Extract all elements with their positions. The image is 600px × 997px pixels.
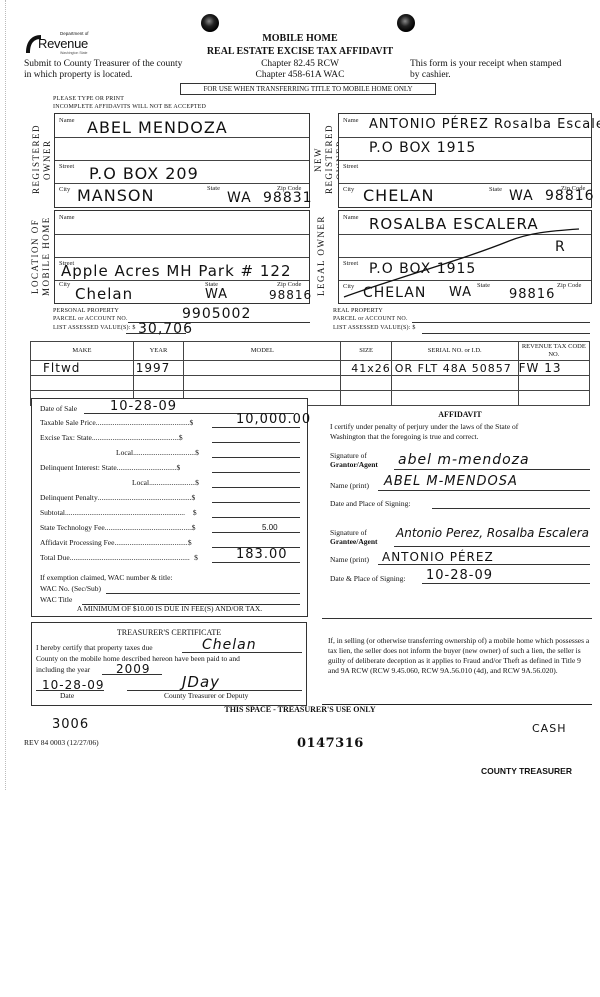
receipt-note: This form is your receipt when stamped b…	[410, 59, 561, 81]
personal-assessed-value[interactable]: 30,706	[138, 321, 193, 337]
fee-value[interactable]: 5.00	[262, 523, 278, 532]
grantee-signature[interactable]: Antonio Perez, Rosalba Escalera	[396, 526, 589, 540]
location-city[interactable]: Chelan	[75, 285, 133, 303]
fee-row: Affidavit Processing Fee................…	[40, 538, 192, 547]
table-row	[31, 376, 590, 391]
form-number: REV 84 0003 (12/27/06)	[24, 738, 99, 747]
handwritten-number: 3006	[52, 717, 89, 732]
treasurer-use-banner: THIS SPACE - TREASURER'S USE ONLY	[0, 705, 600, 714]
fee-row: Taxable Sale Price......................…	[40, 418, 193, 427]
section-label-new-registered-owner: NEW REGISTERED OWNER	[313, 113, 341, 206]
table-row: Fltwd 1997 41x26 OR FLT 48A 50857 FW 13	[31, 361, 590, 376]
registered-owner-city[interactable]: MANSON	[77, 186, 154, 205]
registered-owner-street[interactable]: P.O BOX 209	[89, 164, 199, 183]
location-zip[interactable]: 98816	[269, 288, 312, 302]
real-parcel-field[interactable]	[412, 322, 590, 323]
fee-value[interactable]: 183.00	[236, 547, 288, 562]
grantee-date[interactable]: 10-28-09	[426, 568, 493, 583]
new-owner-name-line2[interactable]: P.O BOX 1915	[369, 140, 476, 156]
submit-note: Submit to County Treasurer of the county…	[24, 59, 182, 81]
date-of-sale[interactable]: 10-28-09	[110, 399, 177, 414]
grantor-date-field[interactable]	[432, 508, 590, 509]
affidavit-title: AFFIDAVIT	[330, 410, 590, 419]
new-owner-name[interactable]: ANTONIO PÉREZ Rosalba Escalera	[369, 117, 600, 132]
wac-number-field[interactable]	[106, 593, 300, 594]
new-owner-city[interactable]: CHELAN	[363, 186, 435, 205]
personal-property-labels: PERSONAL PROPERTY PARCEL or ACCOUNT NO.	[53, 307, 128, 323]
location-state[interactable]: WA	[205, 287, 228, 302]
vehicle-table: MAKE YEAR MODEL SIZE SERIAL NO. or I.D. …	[30, 341, 590, 406]
treasurer-certificate-title: TREASURER'S CERTIFICATE	[32, 628, 306, 637]
strike-through-line-icon	[339, 211, 591, 303]
registered-owner-box: Name ABEL MENDOZA Street P.O BOX 209 Cit…	[54, 113, 310, 208]
revenue-logo: Department of Revenue Washington State	[24, 31, 94, 57]
instructions: PLEASE TYPE OR PRINT INCOMPLETE AFFIDAVI…	[53, 95, 206, 111]
chapter-refs: Chapter 82.45 RCW Chapter 458-61A WAC	[200, 59, 400, 81]
grantee-name-print[interactable]: ANTONIO PÉREZ	[382, 550, 494, 564]
legal-owner-box: Name ROSALBA ESCALERA R Street P.O BOX 1…	[338, 210, 592, 304]
county-treasurer-stamp: COUNTY TREASURER	[481, 766, 572, 776]
use-banner: FOR USE WHEN TRANSFERRING TITLE TO MOBIL…	[180, 83, 436, 95]
payment-method: CASH	[532, 722, 566, 735]
fee-row: Local...................................…	[116, 448, 199, 457]
fee-row: Total Due...............................…	[40, 553, 198, 562]
fee-row: State Technology Fee....................…	[40, 523, 196, 532]
personal-parcel-number[interactable]: 9905002	[182, 306, 251, 322]
location-street[interactable]: Apple Acres MH Park # 122	[61, 262, 292, 280]
location-box: Name Street Apple Acres MH Park # 122 Ci…	[54, 210, 310, 304]
treasurer-certificate-box: TREASURER'S CERTIFICATE I hereby certify…	[31, 622, 307, 706]
registered-owner-state[interactable]: WA	[227, 190, 252, 206]
affidavit-section: AFFIDAVIT I certify under penalty of per…	[330, 410, 590, 442]
treasurer-county[interactable]: Chelan	[202, 637, 257, 653]
new-owner-zip[interactable]: 98816	[545, 188, 595, 204]
minimum-note: A MINIMUM OF $10.00 IS DUE IN FEE(S) AND…	[32, 604, 307, 613]
lien-notice: If, in selling (or otherwise transferrin…	[328, 636, 590, 676]
real-assessed-field[interactable]	[422, 333, 590, 334]
section-label-legal-owner: LEGAL OWNER	[316, 210, 338, 302]
grantor-name-print[interactable]: ABEL M-MENDOSA	[384, 474, 518, 489]
registered-owner-zip[interactable]: 98831	[263, 190, 313, 206]
table-header-row: MAKE YEAR MODEL SIZE SERIAL NO. or I.D. …	[31, 342, 590, 361]
grantor-signature[interactable]: abel m-mendoza	[398, 452, 530, 468]
fee-row: Excise Tax: State.......................…	[40, 433, 183, 442]
treasurer-year[interactable]: 2009	[116, 662, 151, 676]
fee-row: Subtotal................................…	[40, 508, 197, 517]
fee-row: Local...................................…	[132, 478, 199, 487]
punch-hole-icon	[397, 14, 415, 32]
receipt-number: 0147316	[297, 736, 364, 751]
new-owner-state[interactable]: WA	[509, 188, 534, 204]
punch-hole-icon	[201, 14, 219, 32]
fee-row: Delinquent Penalty......................…	[40, 493, 195, 502]
fee-value[interactable]: 10,000.00	[236, 412, 311, 427]
registered-owner-name[interactable]: ABEL MENDOZA	[87, 118, 228, 137]
treasurer-signature[interactable]: JDay	[182, 673, 220, 691]
real-property-labels: REAL PROPERTY PARCEL or ACCOUNT NO.	[333, 307, 408, 323]
form-title: MOBILE HOME REAL ESTATE EXCISE TAX AFFID…	[200, 32, 400, 58]
new-owner-box: Name ANTONIO PÉREZ Rosalba Escalera P.O …	[338, 113, 592, 208]
treasurer-date[interactable]: 10-28-09	[42, 678, 104, 692]
fees-box: Date of Sale 10-28-09 Taxable Sale Price…	[31, 398, 308, 617]
fee-row: Delinquent Interest: State..............…	[40, 463, 180, 472]
